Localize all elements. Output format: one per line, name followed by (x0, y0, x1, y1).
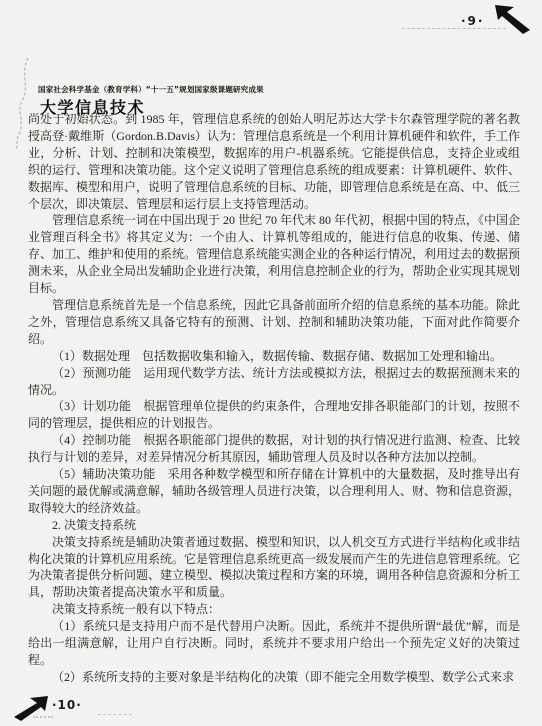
list-item-forecast-function: （2）预测功能 运用现代数学方法、统计方法或模拟方法，根据过去的数据预测未来的情… (28, 365, 520, 399)
corner-arrow-up-left-icon (494, 3, 531, 34)
paragraph: 管理信息系统一词在中国出现于 20 世纪 70 年代末 80 年代初，根据中国的… (28, 212, 520, 297)
section-heading-dss: 2. 决策支持系统 (28, 517, 520, 534)
footer-dash-mark-1 (33, 716, 53, 718)
list-item-dss-feature-1: （1）系统只是支持用户而不是代替用户决断。因此，系统并不提供所谓“最优”解，而是… (28, 618, 520, 669)
paragraph-continuation: 尚处于初始状态。到 1985 年，管理信息系统的创始人明尼苏达大学卡尔森管理学院… (28, 111, 520, 212)
page-number-bottom: ·10· (52, 698, 82, 712)
series-note: 国家社会科学基金（教育学科）“十一五”规划国家级课题研究成果 (38, 84, 264, 95)
paragraph-lead-in: 决策支持系统一般有以下特点： (28, 601, 520, 618)
list-item-control-function: （4）控制功能 根据各职能部门提供的数据，对计划的执行情况进行监测、检查、比较执… (28, 432, 520, 466)
page-body-text: 尚处于初始状态。到 1985 年，管理信息系统的创始人明尼苏达大学卡尔森管理学院… (28, 111, 520, 686)
list-item-dss-feature-2: （2）系统所支持的主要对象是半结构化的决策（即不能完全用数学模型、数学公式来求 (28, 669, 520, 686)
paragraph: 管理信息系统首先是一个信息系统，因此它具备前面所介绍的信息系统的基本功能。除此之… (28, 297, 520, 348)
list-item-data-processing: （1）数据处理 包括数据收集和输入，数据传输、数据存储、数据加工处理和输出。 (28, 348, 520, 365)
header-dashed-rule (402, 28, 506, 29)
scanned-book-page: ·9· 国家社会科学基金（教育学科）“十一五”规划国家级课题研究成果 大学信息技… (0, 0, 542, 726)
list-item-decision-support-function: （5）辅助决策功能 采用各种数学模型和所存储在计算机中的大量数据，及时推导出有关… (28, 466, 520, 517)
footer-dash-mark-2 (98, 714, 132, 715)
list-item-planning-function: （3）计划功能 根据管理单位提供的约束条件，合理地安排各职能部门的计划，按照不同… (28, 398, 520, 432)
paragraph: 决策支持系统是辅助决策者通过数据、模型和知识，以人机交互方式进行半结构化或非结构… (28, 534, 520, 602)
page-number-top: ·9· (461, 14, 484, 28)
